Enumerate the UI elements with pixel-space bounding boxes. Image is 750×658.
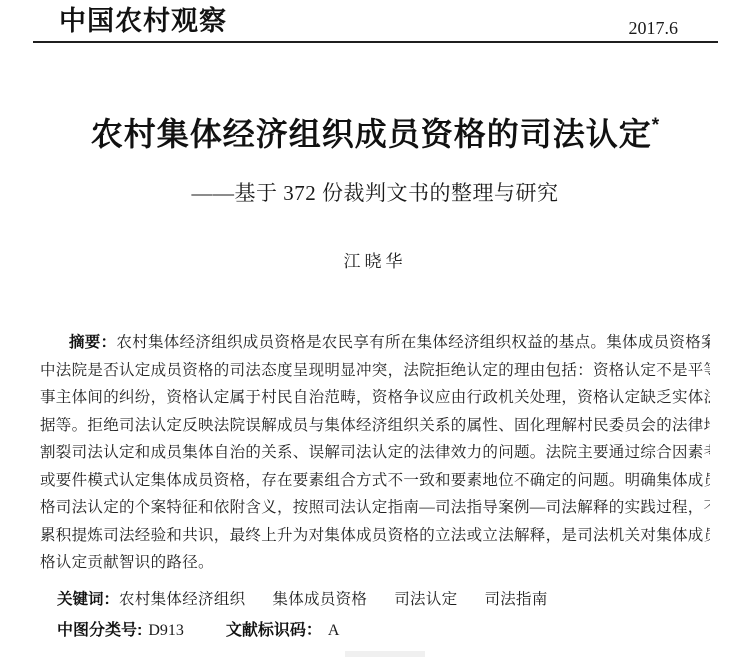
clc-value: D913	[148, 622, 184, 639]
issue-label: 2017.6	[629, 18, 679, 39]
keyword-item: 司法指南	[484, 591, 547, 608]
journal-name: 中国农村观察	[59, 0, 227, 38]
header-divider	[33, 41, 718, 43]
article-title-text: 农村集体经济组织成员资格的司法认定	[91, 116, 652, 152]
abstract-line: 据等。拒绝司法认定反映法院误解成员与集体经济组织关系的属性、固化理解村民委员会的…	[40, 412, 710, 440]
abstract-line: 格司法认定的个案特征和依附含义，按照司法认定指南—司法指导案例—司法解释的实践过…	[40, 494, 710, 522]
abstract-line: 格认定贡献智识的路径。	[40, 549, 710, 577]
author-name: 江晓华	[0, 247, 750, 272]
keywords-line: 关键词：农村集体经济组织集体成员资格司法认定司法指南	[40, 586, 710, 613]
doc-code-label: 文献标识码：	[226, 622, 322, 639]
article-title: 农村集体经济组织成员资格的司法认定*	[0, 115, 750, 153]
doc-code-value: A	[328, 622, 340, 639]
clc-label: 中图分类号:	[57, 622, 142, 639]
keyword-item: 农村集体经济组织	[119, 591, 245, 608]
abstract-line: 割裂司法认定和成员集体自治的关系、误解司法认定的法律效力的问题。法院主要通过综合…	[40, 439, 710, 467]
abstract-line-text: 农村集体经济组织成员资格是农民享有所在集体经济组织权益的基点。集体成员资格案件	[116, 334, 710, 351]
abstract-line: 或要件模式认定集体成员资格，存在要素组合方式不一致和要素地位不确定的问题。明确集…	[40, 467, 710, 495]
abstract-line: 累积提炼司法经验和共识，最终上升为对集体成员资格的立法或立法解释，是司法机关对集…	[40, 522, 710, 550]
article-subtitle: ——基于 372 份裁判文书的整理与研究	[0, 177, 750, 207]
keyword-item: 集体成员资格	[272, 591, 367, 608]
journal-page: 中国农村观察 2017.6 农村集体经济组织成员资格的司法认定* ——基于 37…	[0, 0, 750, 658]
abstract-line: 事主体间的纠纷，资格认定属于村民自治范畴，资格争议应由行政机关处理，资格认定缺乏…	[40, 384, 710, 412]
abstract-line: 中法院是否认定成员资格的司法态度呈现明显冲突，法院拒绝认定的理由包括：资格认定不…	[40, 357, 710, 385]
title-footnote-marker: *	[652, 115, 659, 136]
page-header: 中国农村观察 2017.6	[0, 0, 750, 41]
keyword-item: 司法认定	[394, 591, 457, 608]
abstract-block: 摘要：农村集体经济组织成员资格是农民享有所在集体经济组织权益的基点。集体成员资格…	[40, 329, 710, 577]
abstract-line: 摘要：农村集体经济组织成员资格是农民享有所在集体经济组织权益的基点。集体成员资格…	[40, 329, 710, 357]
classification-line: 中图分类号:D913文献标识码：A	[40, 617, 710, 644]
abstract-label: 摘要：	[69, 334, 116, 351]
cropped-next-section-artifact	[345, 651, 425, 657]
keywords-label: 关键词：	[57, 591, 119, 608]
